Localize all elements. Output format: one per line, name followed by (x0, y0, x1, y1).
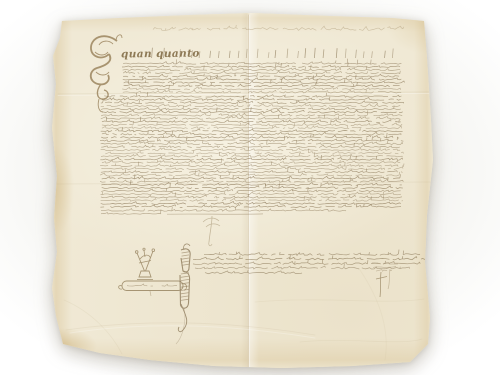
ascender-stroke (356, 50, 357, 58)
subscription-text-block (193, 250, 427, 274)
script-line (101, 133, 399, 138)
script-line (102, 120, 402, 126)
script-line (123, 75, 402, 81)
script-line (123, 73, 399, 77)
ascender-stroke (229, 51, 230, 58)
script-line (101, 193, 402, 199)
script-line (101, 167, 403, 170)
docket-endorsement-line (153, 25, 404, 30)
script-line (102, 123, 402, 129)
script-line (101, 195, 403, 201)
paraph-hatch (181, 296, 189, 297)
script-line (101, 167, 402, 173)
parchment-shadow-wrap: quan quanto (0, 0, 500, 375)
ascender-stroke (210, 51, 211, 58)
ascender-stroke (323, 49, 324, 58)
main-text-block (100, 59, 405, 208)
manuscript-artwork (0, 0, 500, 375)
paraph-hatch (182, 252, 190, 253)
wrinkle-line-5 (360, 270, 386, 360)
script-line (101, 147, 401, 151)
script-line (100, 136, 403, 142)
ascender-stroke (305, 48, 306, 58)
script-line (100, 161, 404, 166)
notary-banner-text (127, 284, 177, 286)
ascender-stroke (275, 50, 276, 58)
paraph-hatch (182, 261, 190, 262)
script-line (100, 203, 402, 207)
script-line (127, 284, 177, 286)
wrinkle-line-3 (300, 339, 422, 342)
paraph-hatch (182, 264, 190, 265)
opening-word: quan quanto (121, 48, 200, 61)
center-rubric (203, 216, 220, 246)
ascender-stroke (287, 49, 288, 58)
script-line (205, 270, 302, 274)
paraph-hatch (182, 255, 190, 256)
script-line (101, 202, 401, 205)
ascender-stroke (246, 49, 247, 58)
parchment-document: quan quanto (0, 0, 500, 375)
ascender-stroke (218, 51, 219, 58)
ascender-stroke (345, 49, 346, 58)
script-line (204, 250, 420, 256)
script-line (102, 117, 404, 123)
ascender-stroke (392, 49, 393, 59)
script-line (101, 152, 403, 157)
docket-script-line (153, 25, 404, 30)
script-line (123, 71, 400, 74)
ascender-stroke (298, 51, 299, 58)
ascender-stroke (385, 51, 386, 58)
ascender-stroke (336, 48, 337, 58)
ascender-stroke (372, 51, 373, 58)
notary-banner (119, 281, 187, 296)
paraph-hatch (181, 293, 189, 294)
script-line (122, 85, 401, 90)
paraph-hatch (181, 276, 189, 277)
script-line (193, 255, 427, 260)
ascender-stroke (238, 51, 239, 58)
photo-backdrop: quan quanto (0, 0, 500, 375)
script-line (124, 82, 400, 87)
paraph-hatch (181, 286, 189, 287)
ascender-stroke (314, 48, 315, 58)
closing-lines (101, 207, 346, 214)
paraph-flourish (176, 244, 190, 344)
paraph-hatch (181, 299, 189, 300)
paraph-hatch (182, 258, 190, 259)
script-line (101, 100, 404, 103)
ascender-stroke (257, 49, 258, 58)
script-line (101, 207, 346, 211)
paraph-hatch (181, 279, 189, 280)
wrinkle-line-2 (255, 299, 424, 302)
script-line (101, 192, 405, 195)
script-line (123, 65, 401, 71)
notarial-sign (135, 248, 154, 279)
ascender-stroke (363, 51, 364, 58)
ascender-stroke (268, 52, 269, 58)
